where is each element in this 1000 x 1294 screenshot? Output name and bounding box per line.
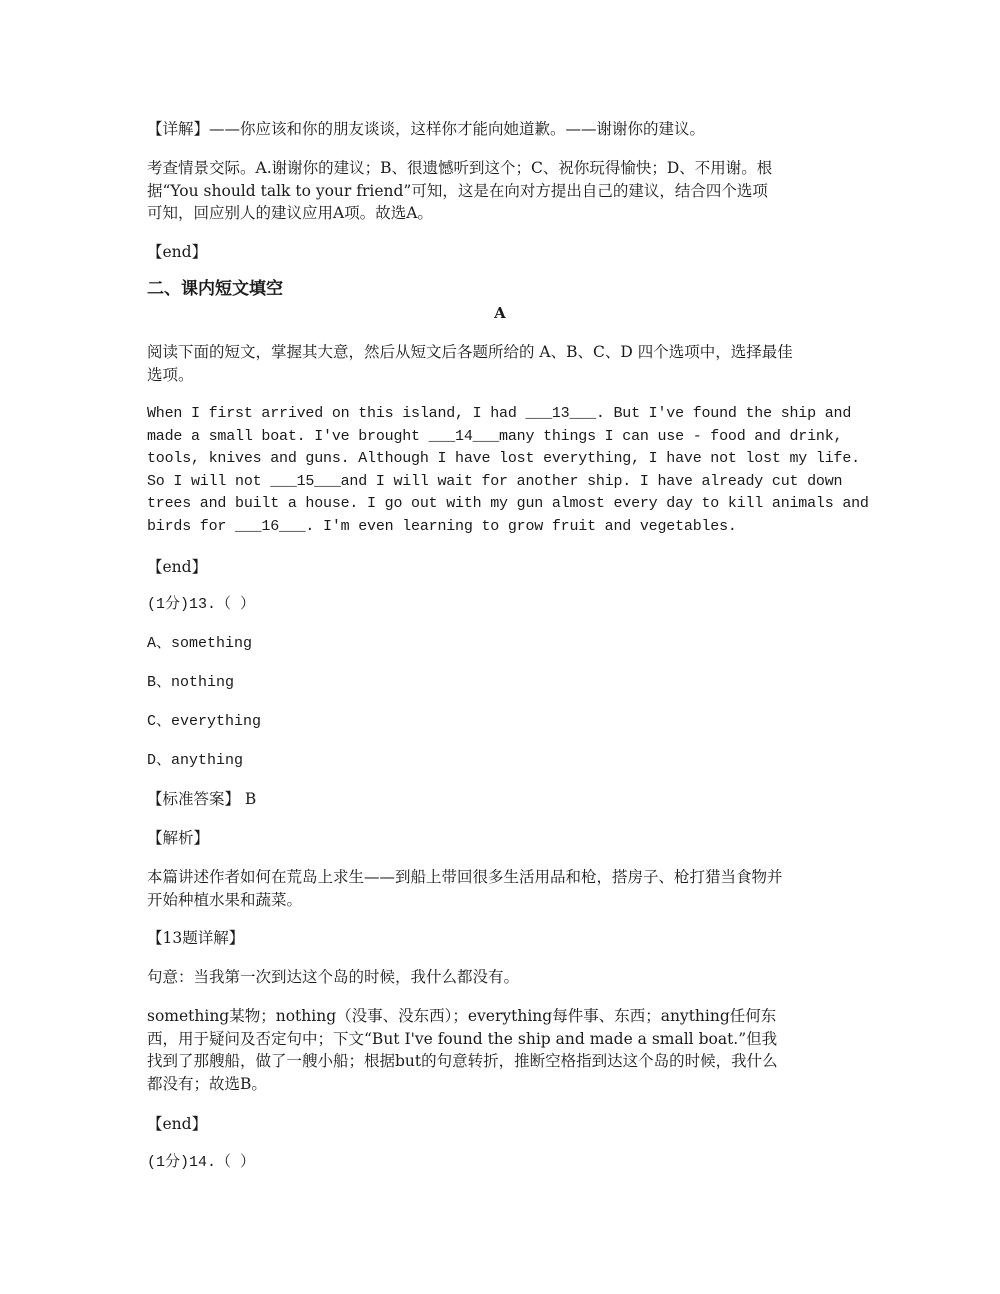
- passage-line: made a small boat. I've brought ___14___…: [147, 426, 853, 449]
- end-marker: 【end】: [147, 556, 853, 579]
- passage-line: birds for ___16___. I'm even learning to…: [147, 516, 853, 539]
- passage-label: A: [147, 304, 853, 322]
- option-d[interactable]: D、anything: [147, 750, 853, 773]
- passage-line: trees and built a house. I go out with m…: [147, 493, 853, 516]
- option-b[interactable]: B、nothing: [147, 672, 853, 695]
- option-c[interactable]: C、everything: [147, 711, 853, 734]
- option-a[interactable]: A、something: [147, 633, 853, 656]
- passage-line: tools, knives and guns. Although I have …: [147, 448, 853, 471]
- detail-line: something某物；nothing（没事、没东西）；everything每件…: [147, 1005, 853, 1028]
- end-marker: 【end】: [147, 1113, 853, 1136]
- detail-line: 西，用于疑问及否定句中；下文“But I've found the ship a…: [147, 1028, 853, 1051]
- analysis-heading: 【解析】: [147, 827, 853, 850]
- sentence-meaning: 句意：当我第一次到达这个岛的时候，我什么都没有。: [147, 966, 853, 989]
- analysis-line: 开始种植水果和蔬菜。: [147, 889, 853, 912]
- detail-text: something某物；nothing（没事、没东西）；everything每件…: [147, 1005, 853, 1095]
- previous-detail: 【详解】——你应该和你的朋友谈谈，这样你才能向她道歉。——谢谢你的建议。: [147, 118, 853, 141]
- standard-answer: 【标准答案】 B: [147, 788, 853, 811]
- reading-passage: When I first arrived on this island, I h…: [147, 403, 853, 538]
- question-13-stem: (1分)13.（ ）: [147, 594, 853, 617]
- previous-analysis-line: 可知，回应别人的建议应用A项。故选A。: [147, 202, 853, 225]
- previous-analysis-line: 考查情景交际。A.谢谢你的建议；B、很遗憾听到这个；C、祝你玩得愉快；D、不用谢…: [147, 157, 853, 180]
- detail-heading: 【13题详解】: [147, 927, 853, 950]
- previous-analysis: 考查情景交际。A.谢谢你的建议；B、很遗憾听到这个；C、祝你玩得愉快；D、不用谢…: [147, 157, 853, 225]
- detail-line: 都没有；故选B。: [147, 1073, 853, 1096]
- instruction-line: 阅读下面的短文，掌握其大意，然后从短文后各题所给的 A、B、C、D 四个选项中，…: [147, 341, 853, 364]
- question-14-stem: (1分)14.（ ）: [147, 1152, 853, 1175]
- instruction-line: 选项。: [147, 364, 853, 387]
- passage-line: So I will not ___15___and I will wait fo…: [147, 471, 853, 494]
- end-marker: 【end】: [147, 241, 853, 264]
- analysis-line: 本篇讲述作者如何在荒岛上求生——到船上带回很多生活用品和枪，搭房子、枪打猎当食物…: [147, 866, 853, 889]
- section-title: 二、课内短文填空: [147, 278, 853, 301]
- detail-line: 找到了那艘船，做了一艘小船；根据but的句意转折，推断空格指到达这个岛的时候，我…: [147, 1050, 853, 1073]
- analysis-text: 本篇讲述作者如何在荒岛上求生——到船上带回很多生活用品和枪，搭房子、枪打猎当食物…: [147, 866, 853, 911]
- passage-line: When I first arrived on this island, I h…: [147, 403, 853, 426]
- section-instruction: 阅读下面的短文，掌握其大意，然后从短文后各题所给的 A、B、C、D 四个选项中，…: [147, 341, 853, 386]
- previous-analysis-line: 据“You should talk to your friend”可知，这是在向…: [147, 180, 853, 203]
